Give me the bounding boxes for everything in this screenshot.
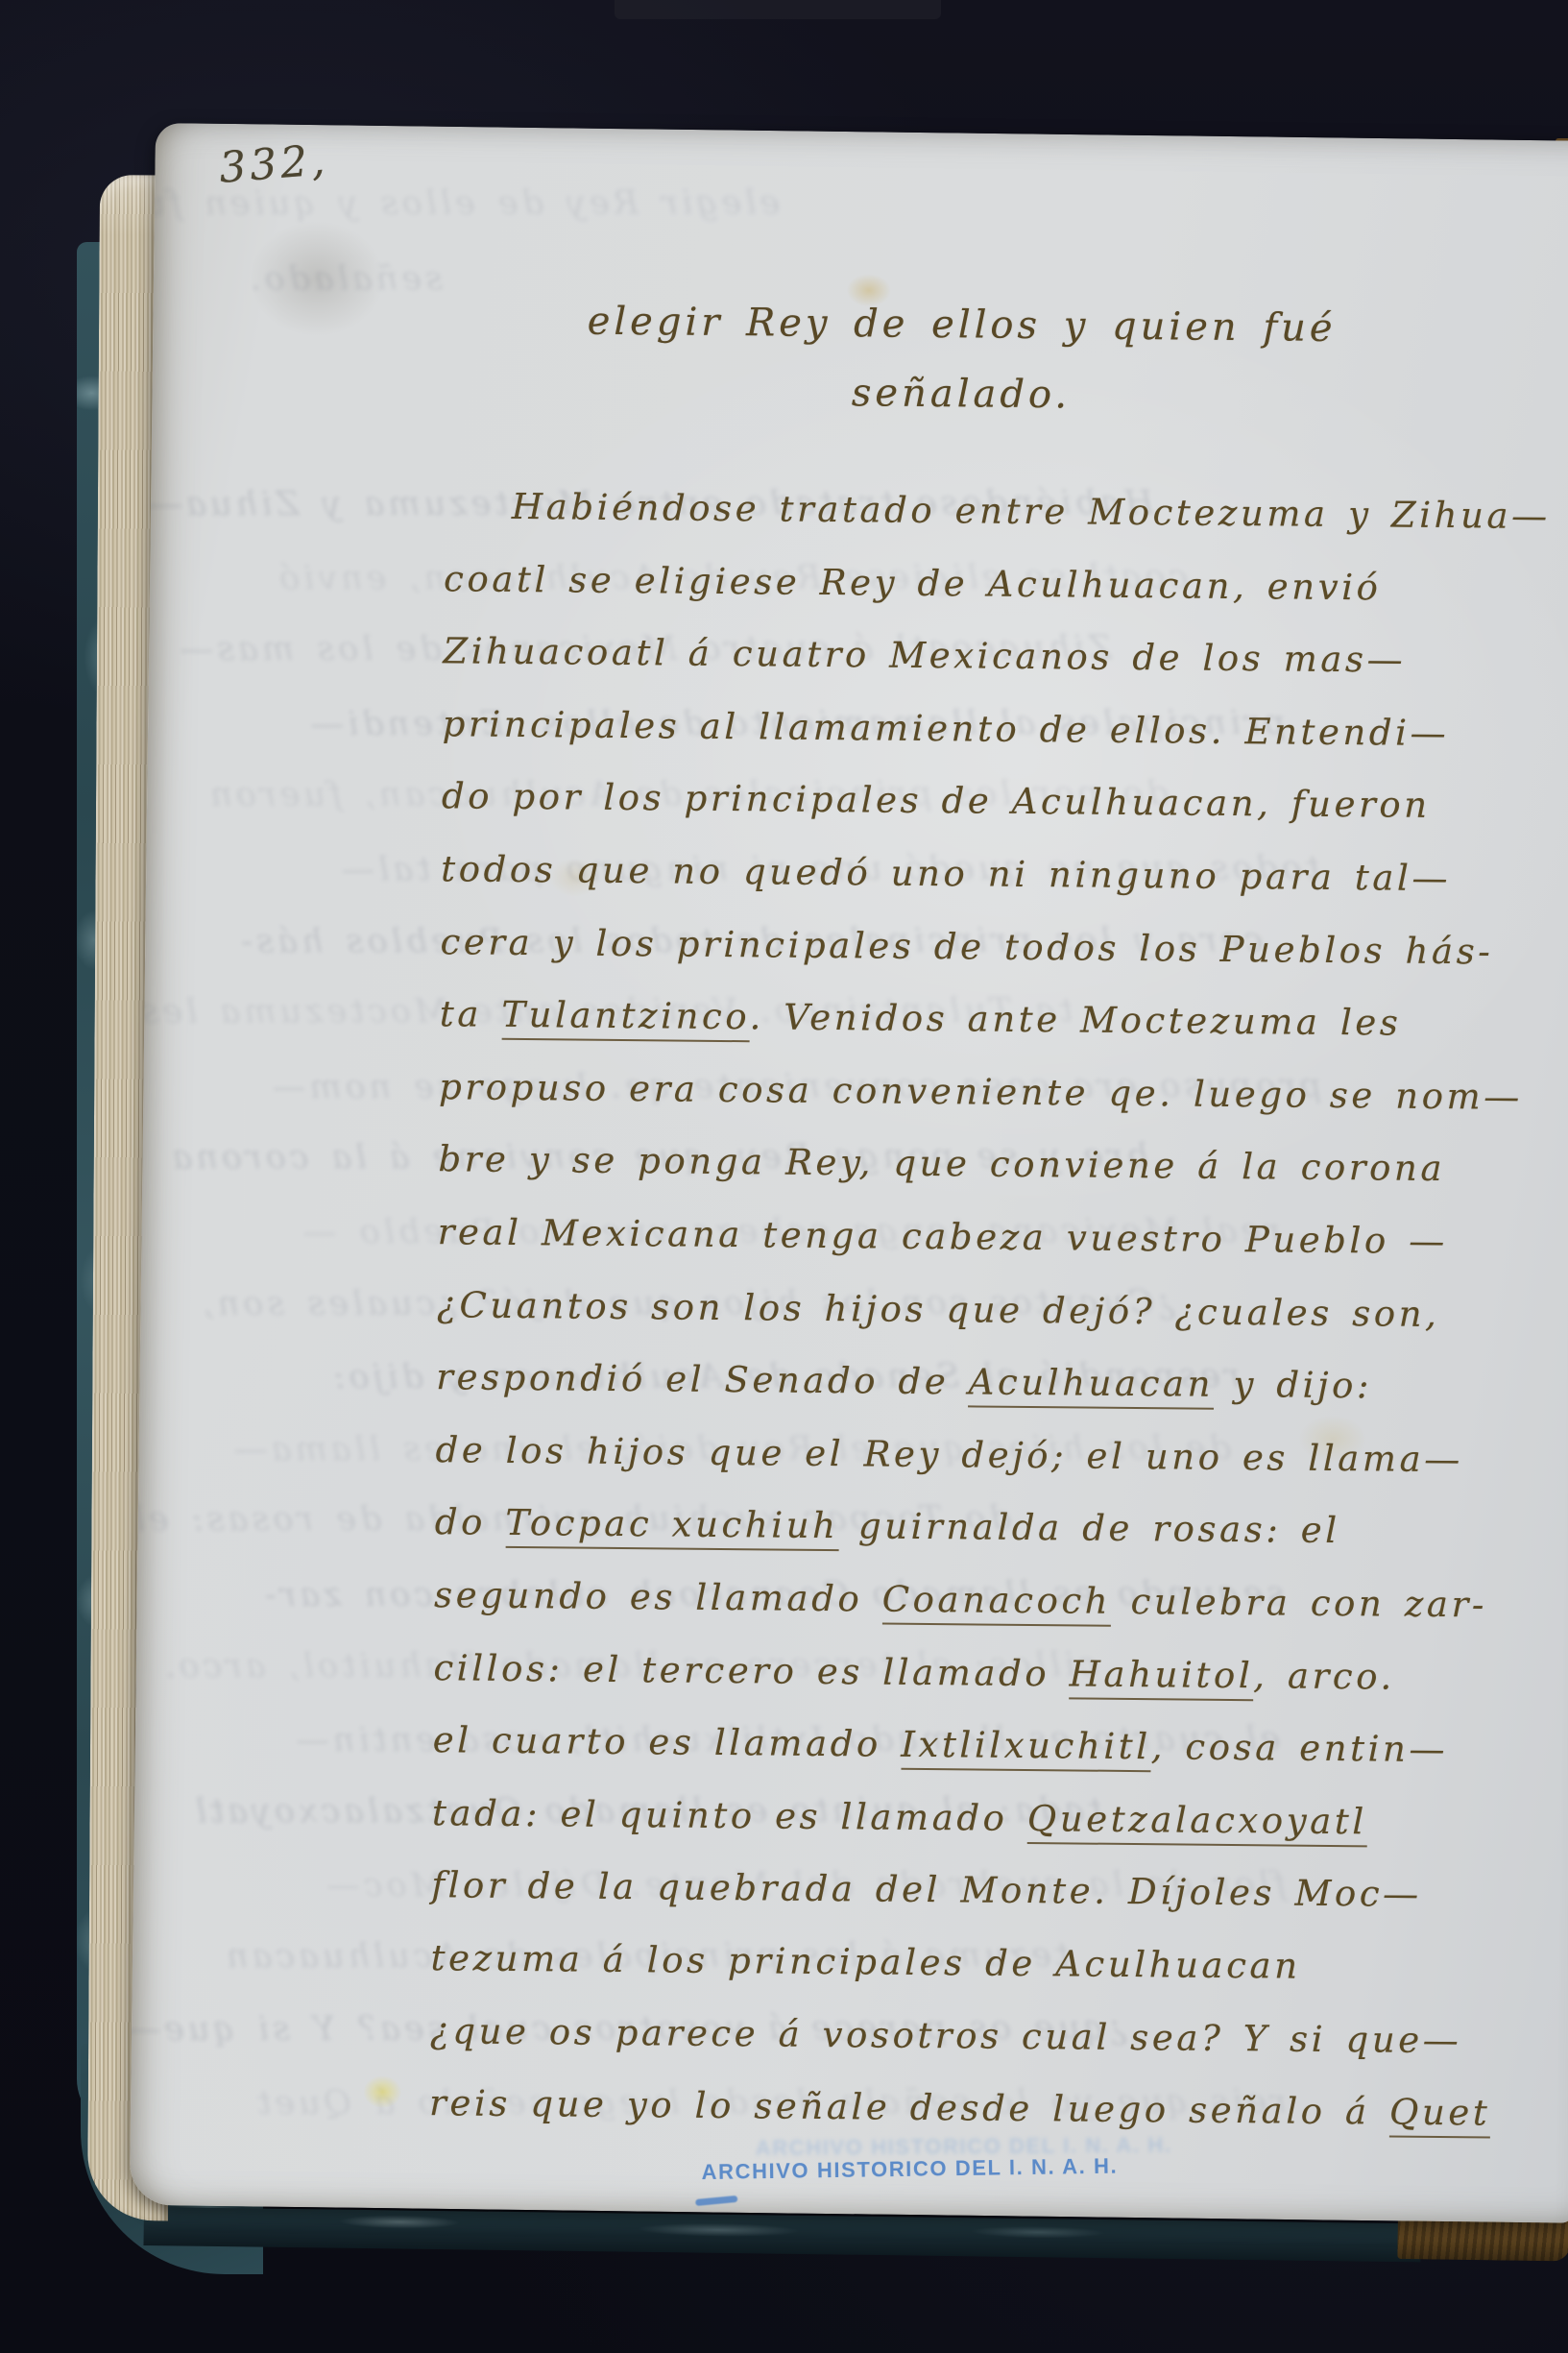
underlined-word: Tulantzinco: [501, 994, 750, 1042]
manuscript-line: tada: el quinto es llamado Quetzalacxoya…: [432, 1792, 1367, 1842]
line-text: principales al llamamiento de ellos. Ent…: [443, 703, 1450, 754]
manuscript-line: reis que yo lo señale desde luego señalo…: [429, 2082, 1491, 2133]
underlined-word: Quet: [1389, 2092, 1491, 2139]
manuscript-line: segundo es llamado Coanacoch culebra con…: [434, 1574, 1487, 1625]
line-text: todos que no quedó uno ni ninguno para t…: [441, 848, 1451, 899]
line-text: Zihuacoatl á cuatro Mexicanos de los mas…: [443, 630, 1406, 680]
manuscript-line: flor de la quebrada del Monte. Díjoles M…: [431, 1865, 1422, 1916]
manuscript-line: do por los principales de Aculhuacan, fu…: [442, 776, 1431, 827]
line-text: segundo es llamado: [434, 1574, 882, 1619]
line-text: real Mexicana tenga cabeza vuestro Puebl…: [438, 1211, 1448, 1262]
line-text: cera y los principales de todos los Pueb…: [440, 921, 1493, 972]
line-text: cillos: el tercero es llamado: [433, 1647, 1070, 1694]
line-text: do: [435, 1502, 506, 1544]
manuscript-line: Zihuacoatl á cuatro Mexicanos de los mas…: [443, 630, 1406, 680]
line-text: , cosa entin—: [1150, 1726, 1448, 1770]
manuscript-line: respondió el Senado de Aculhuacan y dijo…: [436, 1356, 1372, 1406]
line-text: y dijo:: [1214, 1364, 1372, 1407]
heading-line: elegir Rey de ellos y quien fué: [438, 285, 1485, 364]
manuscript-line: todos que no quedó uno ni ninguno para t…: [441, 848, 1451, 899]
line-text: , arco.: [1253, 1655, 1395, 1697]
page-number: 332,: [217, 135, 330, 193]
manuscript-line: coatl se eligiese Rey de Aculhuacan, env…: [444, 558, 1382, 608]
manuscript-line: bre y se ponga Rey, que conviene á la co…: [438, 1139, 1445, 1190]
line-text: tezuma á los principales de Aculhuacan: [430, 1937, 1300, 1987]
manuscript-line: tezuma á los principales de Aculhuacan: [430, 1937, 1300, 1987]
line-text: ta: [440, 993, 502, 1035]
manuscript-line: cera y los principales de todos los Pueb…: [440, 921, 1493, 972]
line-text: reis que yo lo señale desde luego señalo…: [429, 2082, 1389, 2132]
line-text: guirnalda de rosas: el: [838, 1506, 1340, 1552]
manuscript-photo: elegir Rey de ellos y quien fuéseñalado.…: [0, 0, 1568, 2353]
manuscript-line: de los hijos que el Rey dejó; el uno es …: [435, 1429, 1463, 1480]
line-text: Habiéndose tratado entre Moctezuma y Zih…: [512, 486, 1551, 537]
underlined-word: Hahuitol: [1069, 1653, 1253, 1701]
line-text: el cuarto es llamado: [433, 1719, 902, 1765]
manuscript-body: Habiéndose tratado entre Moctezuma y Zih…: [445, 485, 1558, 496]
line-text: ¿Cuantos son los hijos que dejó? ¿cuales…: [437, 1284, 1440, 1335]
underlined-word: Tocpac xuchiuh: [505, 1502, 839, 1551]
line-text: . Venidos ante Moctezuma les: [749, 996, 1401, 1043]
underlined-word: Ixtlilxuchitl: [901, 1724, 1151, 1772]
manuscript-line: real Mexicana tenga cabeza vuestro Puebl…: [438, 1211, 1448, 1262]
background-shadow: [615, 0, 941, 19]
underlined-word: Aculhuacan: [968, 1362, 1214, 1410]
heading-line: señalado.: [438, 354, 1485, 433]
archive-stamp-mark: [695, 2195, 737, 2206]
ink-layer: 332, elegir Rey de ellos y quien fué señ…: [133, 125, 1568, 2220]
line-text: bre y se ponga Rey, que conviene á la co…: [438, 1139, 1445, 1190]
manuscript-line: Habiéndose tratado entre Moctezuma y Zih…: [512, 486, 1551, 537]
line-text: de los hijos que el Rey dejó; el uno es …: [435, 1429, 1463, 1480]
line-text: coatl se eligiese Rey de Aculhuacan, env…: [444, 558, 1382, 608]
underlined-word: Quetzalacxoyatl: [1027, 1798, 1367, 1847]
manuscript-line: ¿que os parece á vosotros cual sea? Y si…: [430, 2010, 1462, 2061]
line-text: tada: el quinto es llamado: [432, 1792, 1027, 1839]
underlined-word: Coanacoch: [881, 1579, 1111, 1627]
line-text: flor de la quebrada del Monte. Díjoles M…: [431, 1865, 1422, 1916]
line-text: respondió el Senado de: [436, 1356, 969, 1402]
manuscript-line: ¿Cuantos son los hijos que dejó? ¿cuales…: [437, 1284, 1440, 1335]
manuscript-line: do Tocpac xuchiuh guirnalda de rosas: el: [435, 1502, 1340, 1552]
line-text: do por los principales de Aculhuacan, fu…: [442, 776, 1431, 827]
manuscript-line: propuso era cosa conveniente qe. luego s…: [439, 1066, 1523, 1118]
manuscript-page: elegir Rey de ellos y quien fuéseñalado.…: [130, 123, 1568, 2223]
line-text: propuso era cosa conveniente qe. luego s…: [439, 1066, 1523, 1118]
archive-stamp: ARCHIVO HISTORICO DEL I. N. A. H.: [701, 2154, 1118, 2186]
manuscript-line: el cuarto es llamado Ixtlilxuchitl, cosa…: [433, 1719, 1449, 1770]
manuscript-line: ta Tulantzinco. Venidos ante Moctezuma l…: [440, 993, 1402, 1043]
line-text: ¿que os parece á vosotros cual sea? Y si…: [430, 2010, 1462, 2061]
manuscript-line: cillos: el tercero es llamado Hahuitol, …: [433, 1647, 1395, 1697]
manuscript-line: principales al llamamiento de ellos. Ent…: [443, 703, 1450, 754]
section-heading: elegir Rey de ellos y quien fué señalado…: [438, 285, 1485, 433]
line-text: culebra con zar-: [1111, 1581, 1487, 1626]
